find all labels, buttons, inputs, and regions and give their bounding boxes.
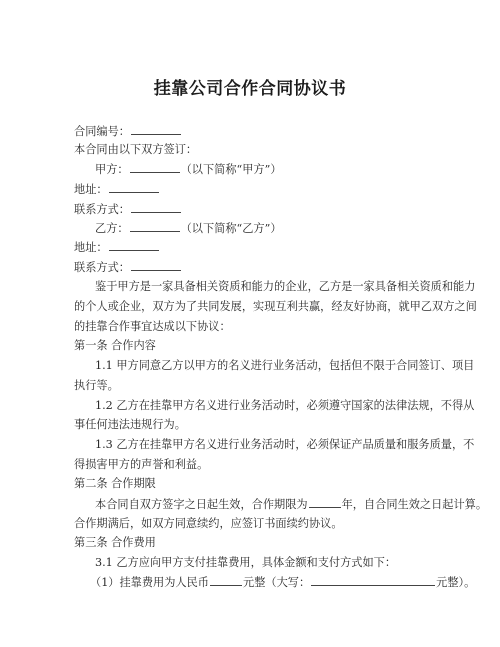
article-2-heading: 第二条 合作期限 bbox=[74, 477, 156, 491]
party-b-blank bbox=[130, 221, 180, 232]
fee-amount-words-blank bbox=[311, 575, 435, 586]
article-1-heading: 第一条 合作内容 bbox=[74, 339, 156, 353]
article-3-heading: 第三条 合作费用 bbox=[74, 536, 156, 550]
clause-1-3-line-1: 1.3 乙方在挂靠甲方名义进行业务活动时，必须保证产品质量和服务质量，不 bbox=[95, 438, 474, 452]
preamble-line-2: 的个人或企业，双方为了共同发展，实现互利共赢，经友好协商，就甲乙双方之间 bbox=[74, 300, 477, 314]
address-blank bbox=[109, 182, 159, 193]
clause-1-2-line-1: 1.2 乙方在挂靠甲方名义进行业务活动时，必须遵守国家的法律法规，不得从 bbox=[95, 399, 474, 413]
contract-number-line: 合同编号： bbox=[74, 124, 182, 139]
term-years-blank bbox=[309, 497, 341, 508]
party-a-label: 甲方： bbox=[95, 163, 129, 176]
address-blank bbox=[109, 240, 159, 251]
preamble-line-3: 的挂靠合作事宜达成以下协议： bbox=[74, 320, 231, 334]
fee-text-start: （1）挂靠费用为人民币 bbox=[90, 576, 209, 589]
fee-amount-blank bbox=[210, 575, 242, 586]
party-a-alias: （以下简称“甲方”） bbox=[181, 163, 282, 176]
term-text-end: 年，自合同生效之日起计算。 bbox=[342, 498, 487, 511]
contact-blank bbox=[131, 202, 181, 213]
party-a-contact-line: 联系方式： bbox=[74, 202, 182, 217]
clause-1-2-line-2: 事任何违法违规行为。 bbox=[74, 418, 186, 432]
clause-1-1-line-1: 1.1 甲方同意乙方以甲方的名义进行业务活动，包括但不限于合同签订、项目 bbox=[95, 359, 474, 373]
article-2-para-line-2: 合作期满后，如双方同意续约，应签订书面续约协议。 bbox=[74, 517, 343, 531]
party-b-alias: （以下简称“乙方”） bbox=[181, 222, 282, 235]
party-b-address-line: 地址： bbox=[74, 240, 160, 255]
address-label: 地址： bbox=[74, 183, 108, 196]
party-a-line: 甲方：（以下简称“甲方”） bbox=[95, 162, 282, 177]
party-b-contact-line: 联系方式： bbox=[74, 260, 182, 275]
fee-text-mid: 元整（大写： bbox=[243, 576, 310, 589]
article-2-para-line-1: 本合同自双方签字之日起生效，合作期限为年，自合同生效之日起计算。 bbox=[95, 497, 487, 512]
fee-text-end: 元整）。 bbox=[436, 576, 475, 589]
contact-label: 联系方式： bbox=[74, 261, 130, 274]
intro-line: 本合同由以下双方签订： bbox=[74, 143, 197, 157]
document-title: 挂靠公司合作合同协议书 bbox=[0, 74, 500, 99]
party-a-blank bbox=[130, 162, 180, 173]
address-label: 地址： bbox=[74, 241, 108, 254]
contact-blank bbox=[131, 260, 181, 271]
clause-1-3-line-2: 得损害甲方的声誉和利益。 bbox=[74, 458, 208, 472]
contract-number-blank bbox=[131, 124, 181, 135]
clause-3-1: 3.1 乙方应向甲方支付挂靠费用，具体金额和支付方式如下： bbox=[95, 556, 396, 570]
document-page: 挂靠公司合作合同协议书 合同编号： 本合同由以下双方签订： 甲方：（以下简称“甲… bbox=[0, 0, 500, 647]
party-a-address-line: 地址： bbox=[74, 182, 160, 197]
clause-1-1-line-2: 执行等。 bbox=[74, 379, 119, 393]
party-b-line: 乙方：（以下简称“乙方”） bbox=[95, 221, 282, 236]
contact-label: 联系方式： bbox=[74, 203, 130, 216]
party-b-label: 乙方： bbox=[95, 222, 129, 235]
preamble-line-1: 鉴于甲方是一家具备相关资质和能力的企业，乙方是一家具备相关资质和能力 bbox=[95, 280, 475, 294]
contract-number-label: 合同编号： bbox=[74, 125, 130, 138]
fee-item-1: （1）挂靠费用为人民币元整（大写：元整）。 bbox=[90, 575, 475, 590]
term-text-start: 本合同自双方签字之日起生效，合作期限为 bbox=[95, 498, 308, 511]
